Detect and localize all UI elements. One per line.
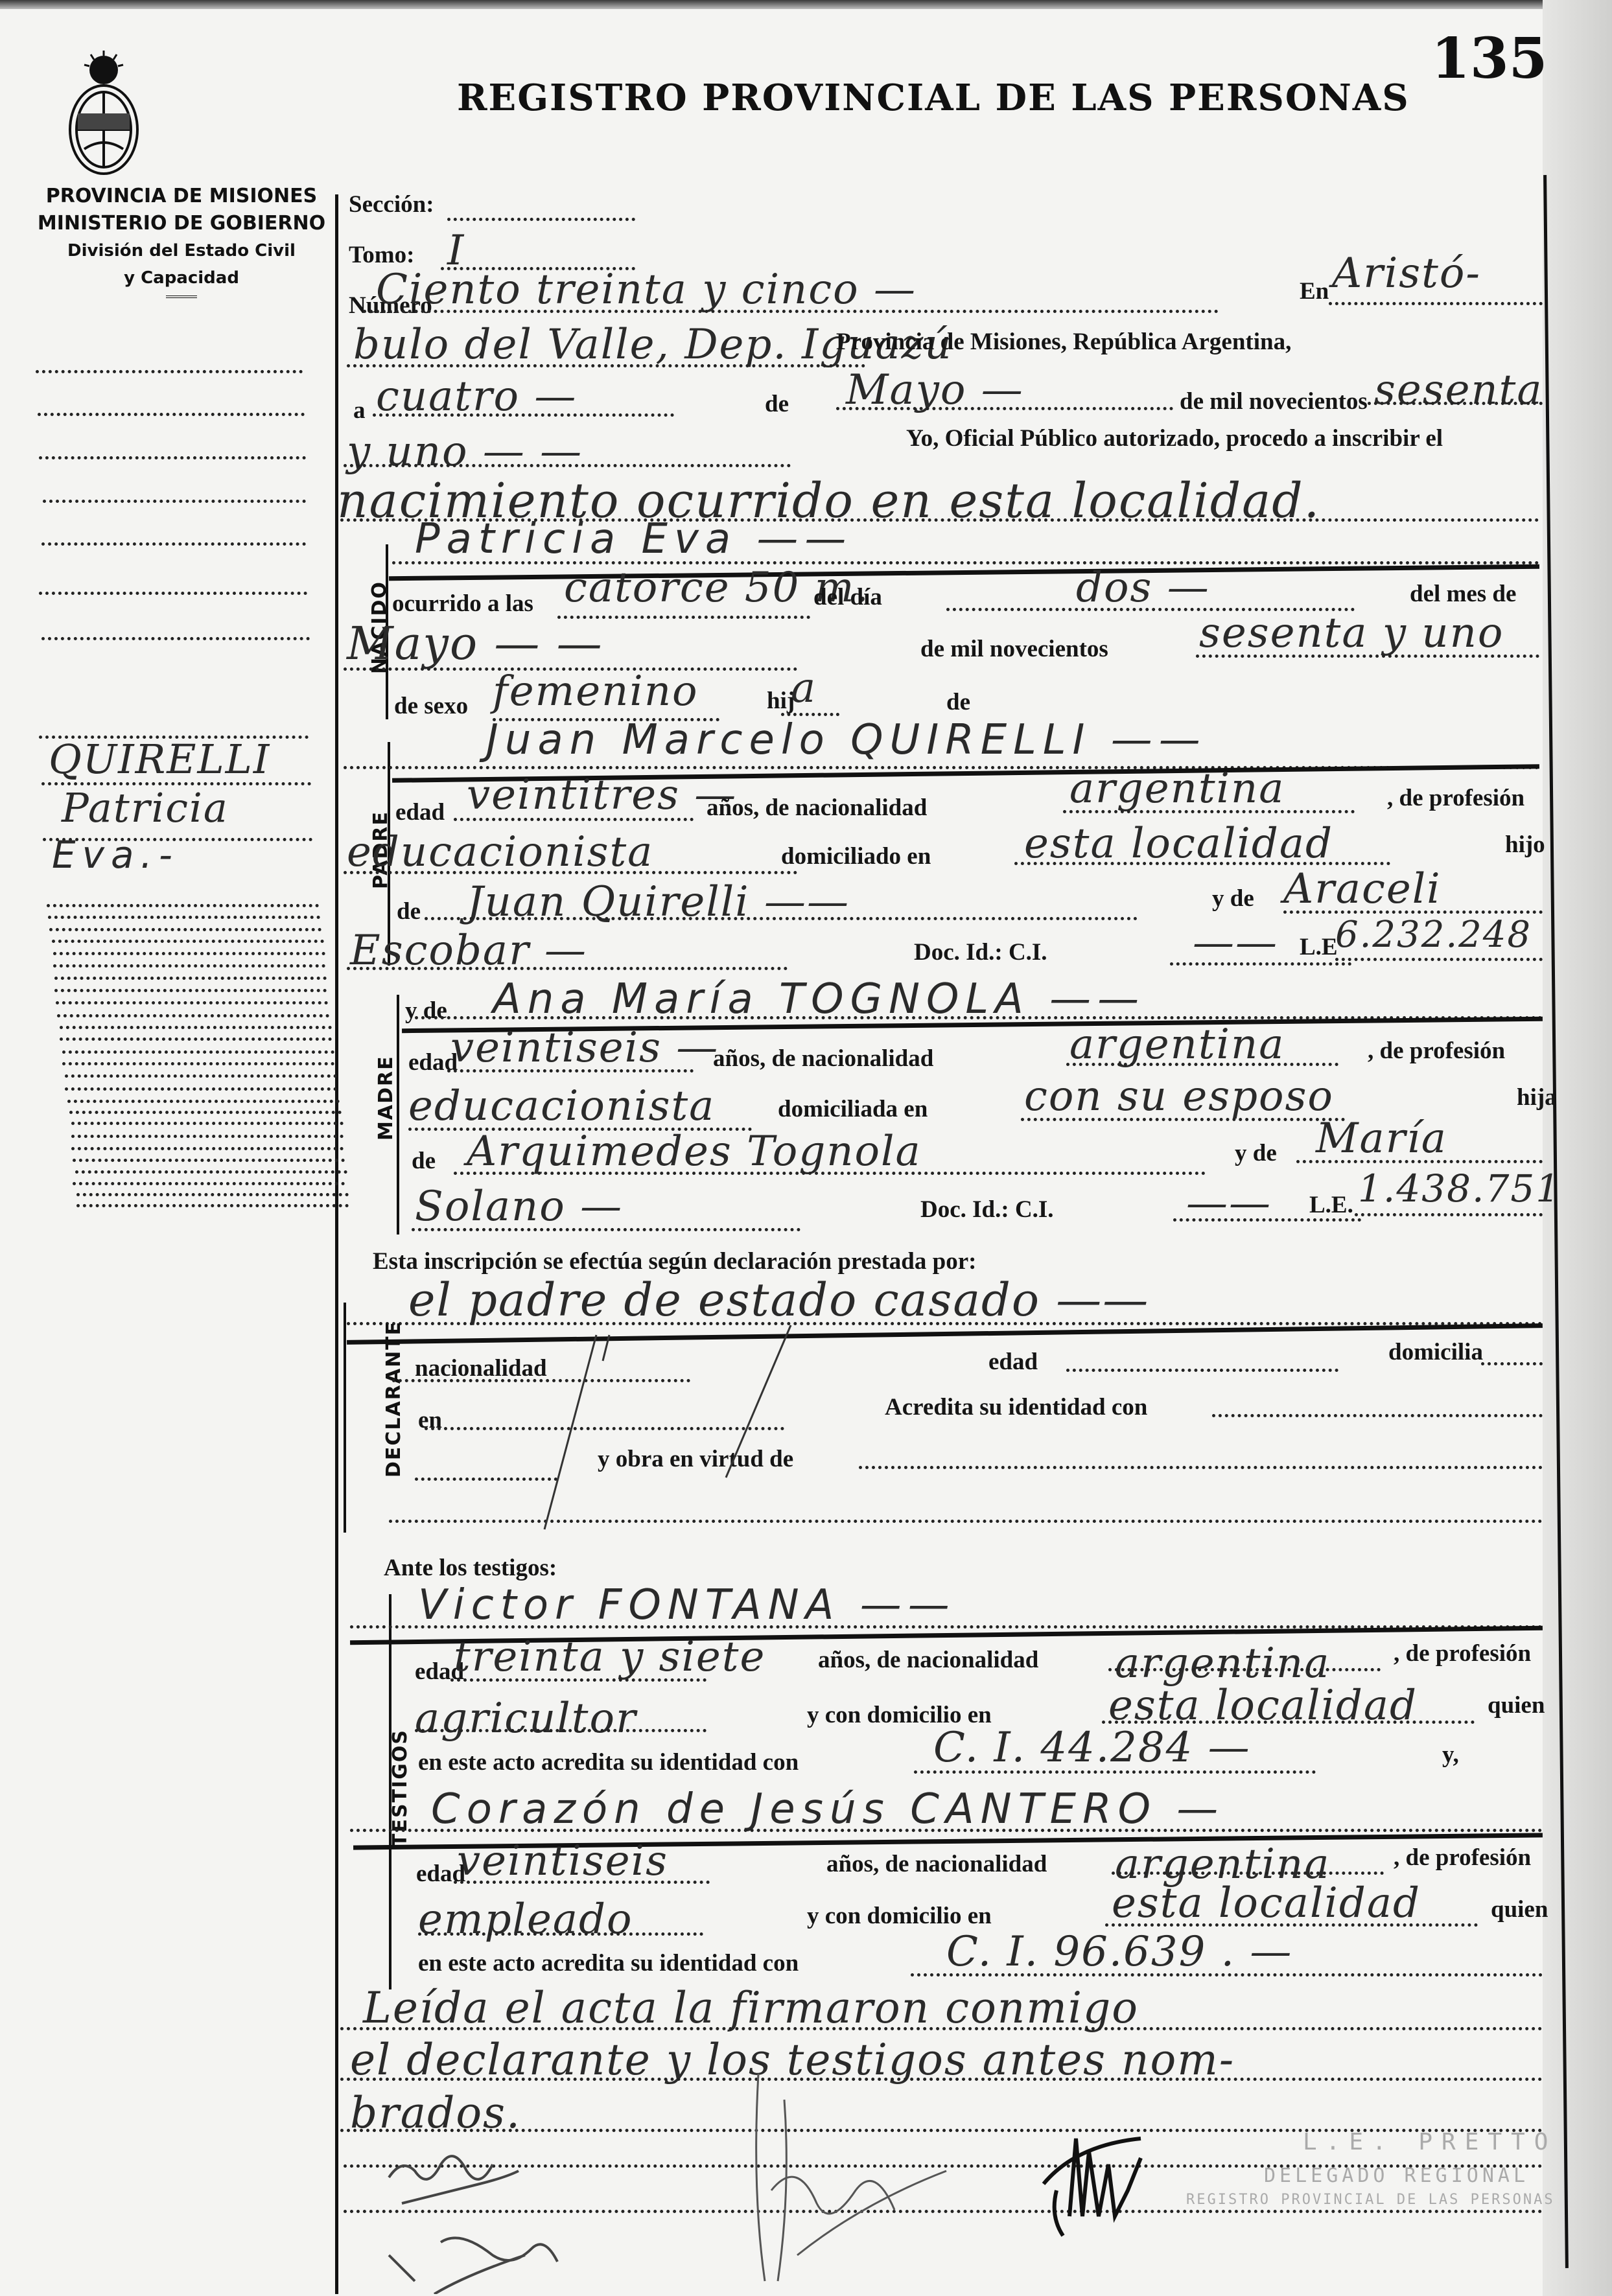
- issuer-ministry: MINISTERIO DE GOBIERNO: [26, 210, 337, 237]
- issuer-division: División del Estado Civil: [26, 237, 337, 264]
- witness-fontana-signature: [732, 2061, 1005, 2294]
- witness2-dom-value: esta localidad: [1112, 1879, 1421, 1927]
- en-label: En: [1300, 277, 1329, 305]
- mes-label: del mes de: [1410, 580, 1516, 608]
- issuer-block: PROVINCIA DE MISIONES MINISTERIO DE GOBI…: [26, 183, 337, 301]
- provincia-text: Provincia de Misiones, República Argenti…: [836, 328, 1291, 356]
- father-prof-field: [344, 871, 797, 874]
- witness1-nac-label: años, de nacionalidad: [818, 1646, 1038, 1674]
- mother-doc-label: Doc. Id.: C.I.: [920, 1196, 1054, 1223]
- father-nac-label: años, de nacionalidad: [707, 794, 927, 822]
- father-nac-field: [1063, 810, 1355, 813]
- page-top-edge: [0, 0, 1612, 9]
- father-dom-value: esta localidad: [1024, 820, 1333, 868]
- witness2-name-value: Corazón de Jesús CANTERO —: [431, 1785, 1224, 1833]
- testigos-intro: Ante los testigos:: [384, 1554, 557, 1582]
- father-prof-value: educacionista: [347, 828, 653, 876]
- official-text: Yo, Oficial Público autorizado, procedo …: [906, 424, 1443, 452]
- father-le-value: 6.232.248: [1335, 914, 1532, 956]
- child-name-value: Patricia Eva ——: [415, 515, 852, 563]
- father-nac-value: argentina: [1069, 765, 1285, 813]
- issuer-underline: [166, 296, 197, 301]
- witness2-quien-label: quien: [1491, 1896, 1548, 1923]
- mother-le-field: [1355, 1213, 1543, 1216]
- year-label: de mil novecientos: [1180, 388, 1368, 415]
- witness2-dom-label: y con domicilio en: [807, 1902, 992, 1930]
- father-edad-field: [454, 818, 694, 821]
- numero-value: Ciento treinta y cinco —: [376, 266, 917, 314]
- witness1-acredita-label: en este acto acredita su identidad con: [418, 1748, 799, 1776]
- margin-note-surname: QUIRELLI: [49, 736, 270, 783]
- seccion-label: Sección:: [349, 191, 434, 218]
- declarante-signature: [363, 2100, 596, 2294]
- a-label: a: [353, 397, 366, 424]
- witness1-prof-field: [415, 1729, 707, 1732]
- witness1-nac-field: [1108, 1668, 1381, 1671]
- official-signature: [1037, 2113, 1309, 2242]
- year-value-1: sesenta: [1374, 366, 1543, 414]
- father-parent2-value-1: Araceli: [1283, 865, 1442, 913]
- issuer-province: PROVINCIA DE MISIONES: [26, 183, 337, 210]
- declarante-bracket: [344, 1303, 346, 1533]
- mother-hija-label: hija: [1517, 1084, 1557, 1111]
- place-field-1: [1329, 302, 1543, 305]
- father-name-value: Juan Marcelo QUIRELLI ——: [486, 716, 1207, 764]
- mother-dom-field: [1021, 1118, 1345, 1121]
- mother-yde2-label: y de: [1235, 1139, 1277, 1167]
- blank-cancel-strokes: [506, 1322, 1283, 1536]
- closing-field-1: [340, 2027, 1543, 2030]
- witness1-prof-label: , de profesión: [1394, 1640, 1531, 1667]
- closing-line-1: Leída el acta la firmaron conmigo: [363, 1983, 1139, 2033]
- father-yde-label: y de: [1212, 885, 1254, 912]
- father-doc-label: Doc. Id.: C.I.: [914, 938, 1047, 966]
- margin-note-firstname: Patricia: [62, 784, 229, 831]
- mother-parent1-value: Arquimedes Tognola: [467, 1128, 922, 1176]
- father-dom-label: domiciliado en: [781, 842, 931, 870]
- witness2-acredita-label: en este acto acredita su identidad con: [418, 1949, 799, 1977]
- mother-yde-label: y de: [405, 997, 447, 1025]
- father-hijo-label: hijo: [1505, 831, 1545, 859]
- numero-field: [363, 310, 1219, 313]
- father-de-label: de: [397, 898, 421, 925]
- mother-prof-value: educacionista: [408, 1082, 715, 1130]
- month-field: [836, 407, 1173, 410]
- witness1-id-value: C. I. 44.284 —: [933, 1724, 1251, 1772]
- witness1-name-value: Victor FONTANA ——: [418, 1581, 956, 1629]
- witness2-prof-field: [418, 1932, 703, 1936]
- father-ci-field: [1170, 962, 1351, 966]
- father-parent1-field: [425, 917, 1138, 920]
- anio-label: de mil novecientos: [920, 635, 1108, 663]
- witness1-tail: y,: [1442, 1741, 1459, 1768]
- year-field-1: [1368, 402, 1543, 405]
- declarante-intro: Esta inscripción se efectúa según declar…: [373, 1247, 976, 1275]
- year-field-2: [344, 464, 791, 467]
- witness1-edad-field: [450, 1678, 707, 1682]
- mother-le-label: L.E.: [1309, 1191, 1353, 1219]
- witness2-prof-label: , de profesión: [1394, 1844, 1531, 1872]
- place-field-2: [347, 364, 865, 367]
- margin-note-middlename: Eva.-: [52, 833, 179, 877]
- witness2-prof-value: empleado: [418, 1896, 633, 1943]
- declarante-value: el padre de estado casado ——: [408, 1273, 1149, 1327]
- mother-edad-value: veintiseis —: [450, 1024, 719, 1072]
- father-edad-label: edad: [395, 798, 445, 826]
- page-title: REGISTRO PROVINCIAL DE LAS PERSONAS: [457, 76, 1410, 119]
- witness2-dom-field: [1105, 1923, 1478, 1927]
- declarante-domicilia-label: domicilia: [1388, 1338, 1483, 1366]
- declarante-domicilia-field: [1481, 1362, 1543, 1365]
- witness2-nac-field: [1112, 1872, 1384, 1875]
- anio-field: [1196, 655, 1539, 658]
- hora-label: ocurrido a las: [392, 590, 533, 618]
- mother-parent2-value-1: María: [1316, 1115, 1447, 1163]
- sexo-label: de sexo: [394, 692, 468, 720]
- argentina-coat-of-arms-icon: [58, 45, 149, 181]
- place-value-1: Aristó-: [1332, 249, 1481, 297]
- nacido-top-rule: [389, 564, 1539, 581]
- mother-dom-value: con su esposo: [1024, 1073, 1334, 1120]
- dia-value: dos —: [1076, 564, 1210, 612]
- nacido-de-label: de: [946, 688, 970, 716]
- mother-parent2-field-2: [412, 1228, 800, 1231]
- father-le-label: L.E: [1300, 933, 1338, 961]
- father-edad-value: veintitres —: [467, 771, 737, 819]
- seccion-field: [447, 218, 635, 221]
- witness2-name-field: [350, 1829, 1543, 1832]
- mother-le-value: 1.438.751: [1358, 1166, 1561, 1211]
- sexo-value: femenino: [493, 667, 699, 715]
- father-parent2-field-2: [347, 967, 788, 970]
- mes-value: Mayo — —: [347, 617, 603, 670]
- year-value-2: y uno — —: [347, 428, 583, 476]
- de-label: de: [765, 390, 789, 418]
- declarante-label: DECLARANTE: [382, 1321, 405, 1478]
- dia-label: del día: [813, 583, 882, 611]
- witness2-edad-value: veintiseis: [457, 1837, 668, 1885]
- father-le-field: [1335, 958, 1543, 961]
- mother-dom-label: domiciliada en: [778, 1095, 928, 1123]
- mother-nac-label: años, de nacionalidad: [713, 1045, 933, 1073]
- folio-number: 135: [1431, 26, 1548, 91]
- mother-parent2-field-1: [1296, 1160, 1543, 1163]
- mother-parent1-field: [454, 1172, 1206, 1175]
- witness2-edad-field: [454, 1881, 710, 1884]
- mother-nac-value: argentina: [1069, 1021, 1285, 1069]
- father-prof-label: , de profesión: [1387, 784, 1524, 812]
- father-ci-value: ——: [1193, 919, 1278, 967]
- witness1-edad-value: treinta y siete: [454, 1633, 765, 1681]
- witness1-prof-value: agricultor: [415, 1695, 637, 1743]
- witness2-nac-label: años, de nacionalidad: [826, 1850, 1047, 1878]
- witness2-id-value: C. I. 96.639 . —: [946, 1928, 1292, 1976]
- madre-label: MADRE: [375, 1055, 397, 1141]
- anio-value: sesenta y uno: [1199, 609, 1504, 657]
- mother-edad-field: [447, 1069, 694, 1073]
- mother-nac-field: [1066, 1063, 1338, 1066]
- mother-prof-label: , de profesión: [1368, 1037, 1505, 1065]
- witness2-id-field: [911, 1973, 1543, 1977]
- witness1-nac-value: argentina: [1115, 1640, 1330, 1687]
- day-field: [373, 413, 674, 417]
- witness1-id-field: [914, 1770, 1316, 1774]
- issuer-capacity: y Capacidad: [26, 264, 337, 292]
- mother-parent2-value-2: Solano —: [415, 1183, 623, 1231]
- witness1-quien-label: quien: [1488, 1691, 1545, 1719]
- stamp-name: L.E. PRETTO: [1303, 2129, 1557, 2155]
- hij-value: a: [791, 664, 817, 712]
- tomo-label: Tomo:: [349, 241, 414, 269]
- mother-de-label: de: [412, 1147, 436, 1175]
